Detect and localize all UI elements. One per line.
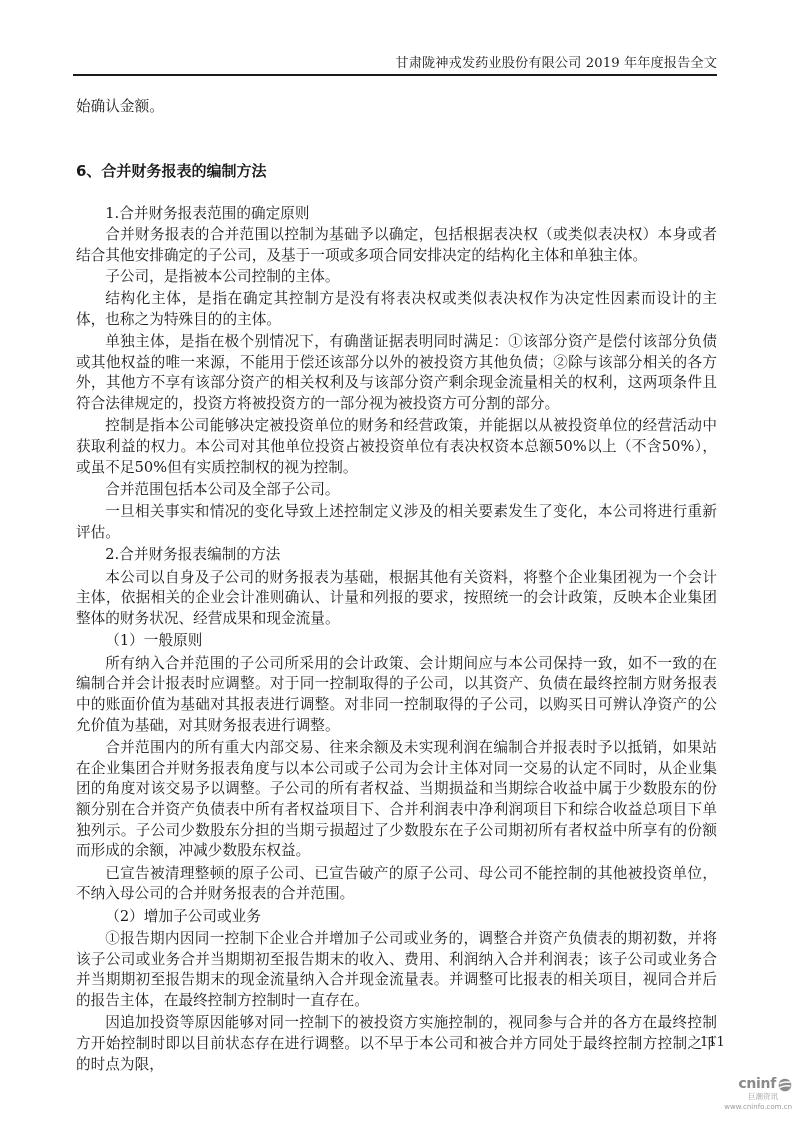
paragraph-consolidation-range: 合并范围包括本公司及全部子公司。 [76,480,717,501]
subsection-title-additions: （2）增加子公司或业务 [76,907,717,928]
section-content: 1.合并财务报表范围的确定原则 合并财务报表的合并范围以控制为基础予以确定，包括… [76,204,717,1075]
section-heading: 6、合并财务报表的编制方法 [76,161,717,182]
continuation-text: 始确认金额。 [76,97,717,118]
subsection-title-scope-principle: 1.合并财务报表范围的确定原则 [76,204,717,225]
paragraph-reassessment: 一旦相关事实和情况的变化导致上述控制定义涉及的相关要素发生了变化，本公司将进行重… [76,502,717,543]
document-body: 始确认金额。 6、合并财务报表的编制方法 1.合并财务报表范围的确定原则 合并财… [76,97,717,1076]
cninf-logo-icon [778,1077,792,1091]
page-number: 111 [700,1035,725,1050]
paragraph-control-definition: 控制是指本公司能够决定被投资单位的财务和经营政策，并能据以从被投资单位的经营活动… [76,416,717,478]
watermark-brand: cninf [738,1076,776,1092]
paragraph-consolidation-scope: 合并财务报表的合并范围以控制为基础予以确定，包括根据表决权（或类似表决权）本身或… [76,225,717,266]
paragraph-preparation-basis: 本公司以自身及子公司的财务报表为基础，根据其他有关资料，将整个企业集团视为一个会… [76,568,717,630]
paragraph-subsidiary-definition: 子公司，是指被本公司控制的主体。 [76,267,717,288]
paragraph-excluded-entities: 已宣告被清理整顿的原子公司、已宣告破产的原子公司、母公司不能控制的其他被投资单位… [76,864,717,905]
paragraph-additional-investment: 因追加投资等原因能够对同一控制下的被投资方实施控制的，视同参与合并的各方在最终控… [76,1013,717,1075]
paragraph-structured-entity: 结构化主体，是指在确定其控制方是没有将表决权或类似表决权作为决定性因素而设计的主… [76,289,717,330]
subsection-title-general-principles: （1）一般原则 [76,631,717,652]
paragraph-accounting-policy-consistency: 所有纳入合并范围的子公司所采用的会计政策、会计期间应与本公司保持一致，如不一致的… [76,654,717,737]
report-title: 甘肃陇神戎发药业股份有限公司 2019 年年度报告全文 [395,52,717,71]
paragraph-common-control-addition: ①报告期内因同一控制下企业合并增加子公司或业务的，调整合并资产负债表的期初数，并… [76,929,717,1012]
subsection-title-preparation-method: 2.合并财务报表编制的方法 [76,545,717,566]
page-header: 甘肃陇神戎发药业股份有限公司 2019 年年度报告全文 [73,50,717,76]
cninfo-watermark: cninf 巨潮资讯 www.cninfo.com.cn [716,1076,792,1120]
paragraph-intercompany-elimination: 合并范围内的所有重大内部交易、往来余额及未实现利润在编制合并报表时予以抵销，如果… [76,738,717,862]
watermark-brand-cn: 巨潮资讯 [716,1092,778,1102]
paragraph-separate-entity: 单独主体，是指在极个别情况下，有确凿证据表明同时满足：①该部分资产是偿付该部分负… [76,332,717,415]
watermark-url: www.cninfo.com.cn [716,1102,792,1112]
